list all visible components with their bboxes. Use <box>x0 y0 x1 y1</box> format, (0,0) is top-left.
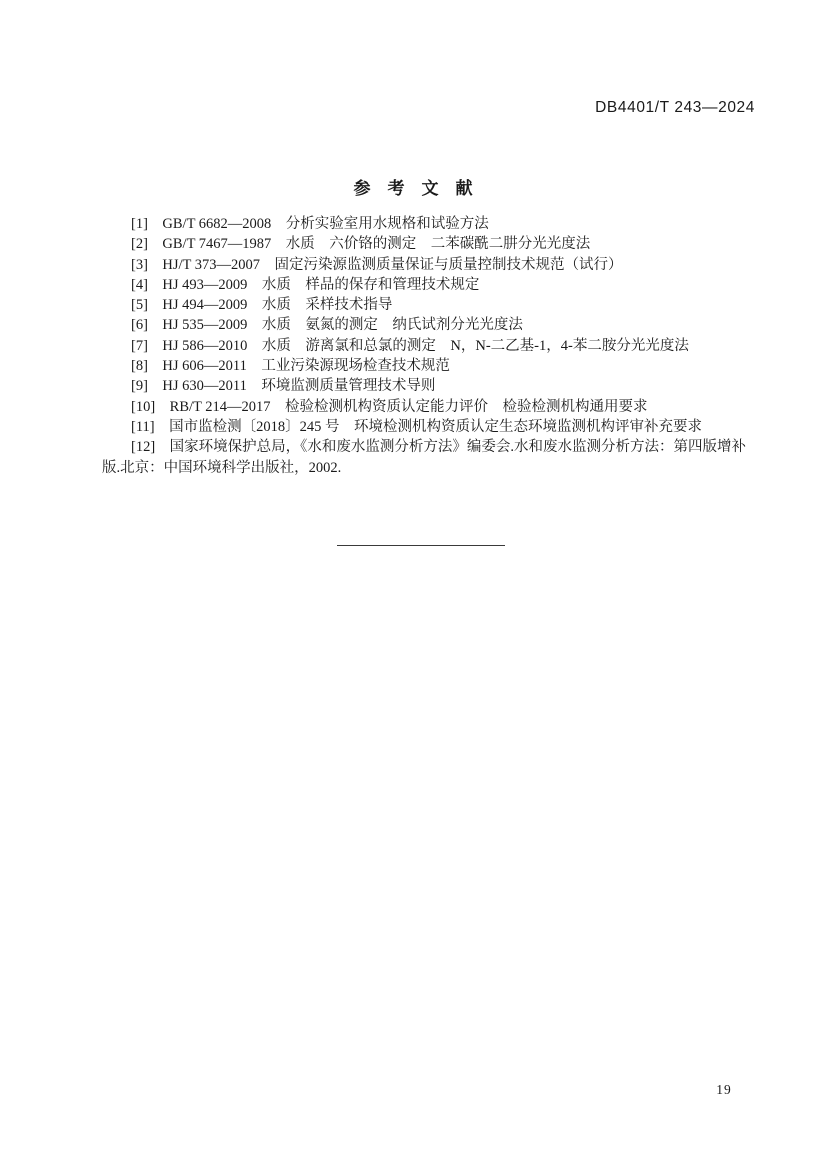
reference-item: [3] HJ/T 373—2007 固定污染源监测质量保证与质量控制技术规范（试… <box>102 255 762 275</box>
reference-item: [9] HJ 630—2011 环境监测质量管理技术导则 <box>102 376 762 396</box>
document-page: DB4401/T 243—2024 参 考 文 献 [1] GB/T 6682—… <box>0 0 826 1169</box>
standard-number: DB4401/T 243—2024 <box>595 99 755 117</box>
reference-item: [5] HJ 494—2009 水质 采样技术指导 <box>102 295 762 315</box>
reference-item: [2] GB/T 7467—1987 水质 六价铬的测定 二苯碳酰二肼分光光度法 <box>102 234 762 254</box>
page-title: 参 考 文 献 <box>0 174 826 199</box>
references-list: [1] GB/T 6682—2008 分析实验室用水规格和试验方法 [2] GB… <box>102 214 762 478</box>
reference-item: [6] HJ 535—2009 水质 氨氮的测定 纳氏试剂分光光度法 <box>102 315 762 335</box>
reference-item: [7] HJ 586—2010 水质 游离氯和总氯的测定 N，N-二乙基-1，4… <box>102 336 762 356</box>
reference-item: [10] RB/T 214—2017 检验检测机构资质认定能力评价 检验检测机构… <box>102 397 762 417</box>
end-of-document-rule <box>337 545 505 546</box>
reference-item: [8] HJ 606—2011 工业污染源现场检查技术规范 <box>102 356 762 376</box>
reference-item: [1] GB/T 6682—2008 分析实验室用水规格和试验方法 <box>102 214 762 234</box>
page-number: 19 <box>704 1082 744 1098</box>
reference-item: [4] HJ 493—2009 水质 样品的保存和管理技术规定 <box>102 275 762 295</box>
reference-item: [11] 国市监检测〔2018〕245 号 环境检测机构资质认定生态环境监测机构… <box>102 417 762 437</box>
reference-item: [12] 国家环境保护总局，《水和废水监测分析方法》编委会.水和废水监测分析方法… <box>102 437 762 478</box>
